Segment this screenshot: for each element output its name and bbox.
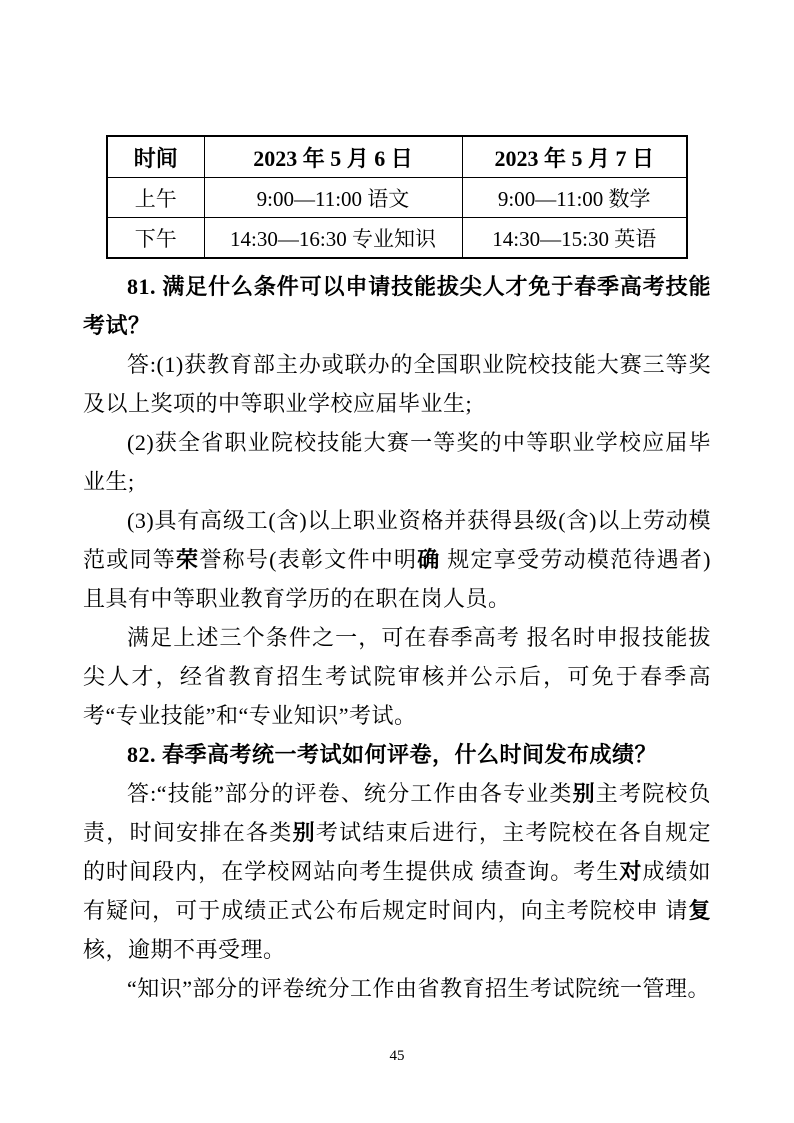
question-82: 82. 春季高考统一考试如何评卷，什么时间发布成绩？ — [83, 735, 711, 774]
exam-schedule-row: 上午9:00—11:00 语文9:00—11:00 数学 — [107, 178, 687, 218]
answer-81-summary: 满足上述三个条件之一，可在春季高考 报名时申报技能拔尖人才，经省教育招生考试院审… — [83, 618, 711, 735]
emphasized-text-segment: 别 — [573, 781, 596, 806]
text-segment: (2)获全省职业院校技能大赛一等奖的中等职业学校应届毕业生; — [83, 430, 711, 494]
emphasized-text-segment: 荣 — [176, 547, 199, 572]
exam-schedule-body: 上午9:00—11:00 语文9:00—11:00 数学下午14:30—16:3… — [107, 178, 687, 259]
exam-schedule-table: 时间2023 年 5 月 6 日2023 年 5 月 7 日 上午9:00—11… — [106, 135, 688, 259]
emphasized-text-segment: 对 — [619, 859, 642, 884]
answer-81-item-2: (2)获全省职业院校技能大赛一等奖的中等职业学校应届毕业生; — [83, 423, 711, 501]
exam-schedule-cell: 9:00—11:00 数学 — [462, 178, 687, 218]
exam-schedule-header-cell: 2023 年 5 月 6 日 — [204, 136, 462, 178]
emphasized-text-segment: 别 — [293, 820, 316, 845]
exam-schedule-cell: 9:00—11:00 语文 — [204, 178, 462, 218]
emphasized-text-segment: 确 — [417, 547, 440, 572]
document-page: 时间2023 年 5 月 6 日2023 年 5 月 7 日 上午9:00—11… — [0, 0, 794, 1123]
text-segment: 誉称号(表彰文件中明 — [199, 547, 417, 572]
text-segment: 82. 春季高考统一考试如何评卷，什么时间发布成绩？ — [127, 742, 657, 767]
text-segment: “知识”部分的评卷统分工作由省教育招生考试院统一管理。 — [127, 976, 710, 1001]
emphasized-text-segment: 复 — [688, 898, 711, 923]
exam-schedule-cell: 14:30—16:30 专业知识 — [204, 218, 462, 259]
answer-81-item-1: 答:(1)获教育部主办或联办的全国职业院校技能大赛三等奖及以上奖项的中等职业学校… — [83, 345, 711, 423]
answer-81-item-3: (3)具有高级工(含)以上职业资格并获得县级(含)以上劳动模范或同等荣誉称号(表… — [83, 501, 711, 618]
text-segment: 答:(1)获教育部主办或联办的全国职业院校技能大赛三等奖及以上奖项的中等职业学校… — [83, 352, 711, 416]
exam-schedule-cell: 上午 — [107, 178, 204, 218]
exam-schedule-header-cell: 2023 年 5 月 7 日 — [462, 136, 687, 178]
text-block: 81. 满足什么条件可以申请技能拔尖人才免于春季高考技能考试？答:(1)获教育部… — [83, 267, 711, 1008]
exam-schedule-cell: 下午 — [107, 218, 204, 259]
exam-schedule-row: 下午14:30—16:30 专业知识14:30—15:30 英语 — [107, 218, 687, 259]
text-segment: 81. 满足什么条件可以申请技能拔尖人才免于春季高考技能考试？ — [83, 274, 711, 338]
text-segment: 答:“技能”部分的评卷、统分工作由各专业类 — [127, 781, 573, 806]
exam-schedule-header-cell: 时间 — [107, 136, 204, 178]
exam-schedule-cell: 14:30—15:30 英语 — [462, 218, 687, 259]
exam-schedule-header-row: 时间2023 年 5 月 6 日2023 年 5 月 7 日 — [107, 136, 687, 178]
page-number: 45 — [0, 1048, 794, 1065]
document-body: 时间2023 年 5 月 6 日2023 年 5 月 7 日 上午9:00—11… — [83, 135, 711, 1008]
answer-82-part-2: “知识”部分的评卷统分工作由省教育招生考试院统一管理。 — [83, 969, 711, 1008]
question-81: 81. 满足什么条件可以申请技能拔尖人才免于春季高考技能考试？ — [83, 267, 711, 345]
answer-82-part-1: 答:“技能”部分的评卷、统分工作由各专业类别主考院校负责，时间安排在各类别考试结… — [83, 774, 711, 969]
text-segment: 核，逾期不再受理。 — [83, 937, 286, 962]
text-segment: 满足上述三个条件之一，可在春季高考 报名时申报技能拔尖人才，经省教育招生考试院审… — [83, 625, 711, 728]
